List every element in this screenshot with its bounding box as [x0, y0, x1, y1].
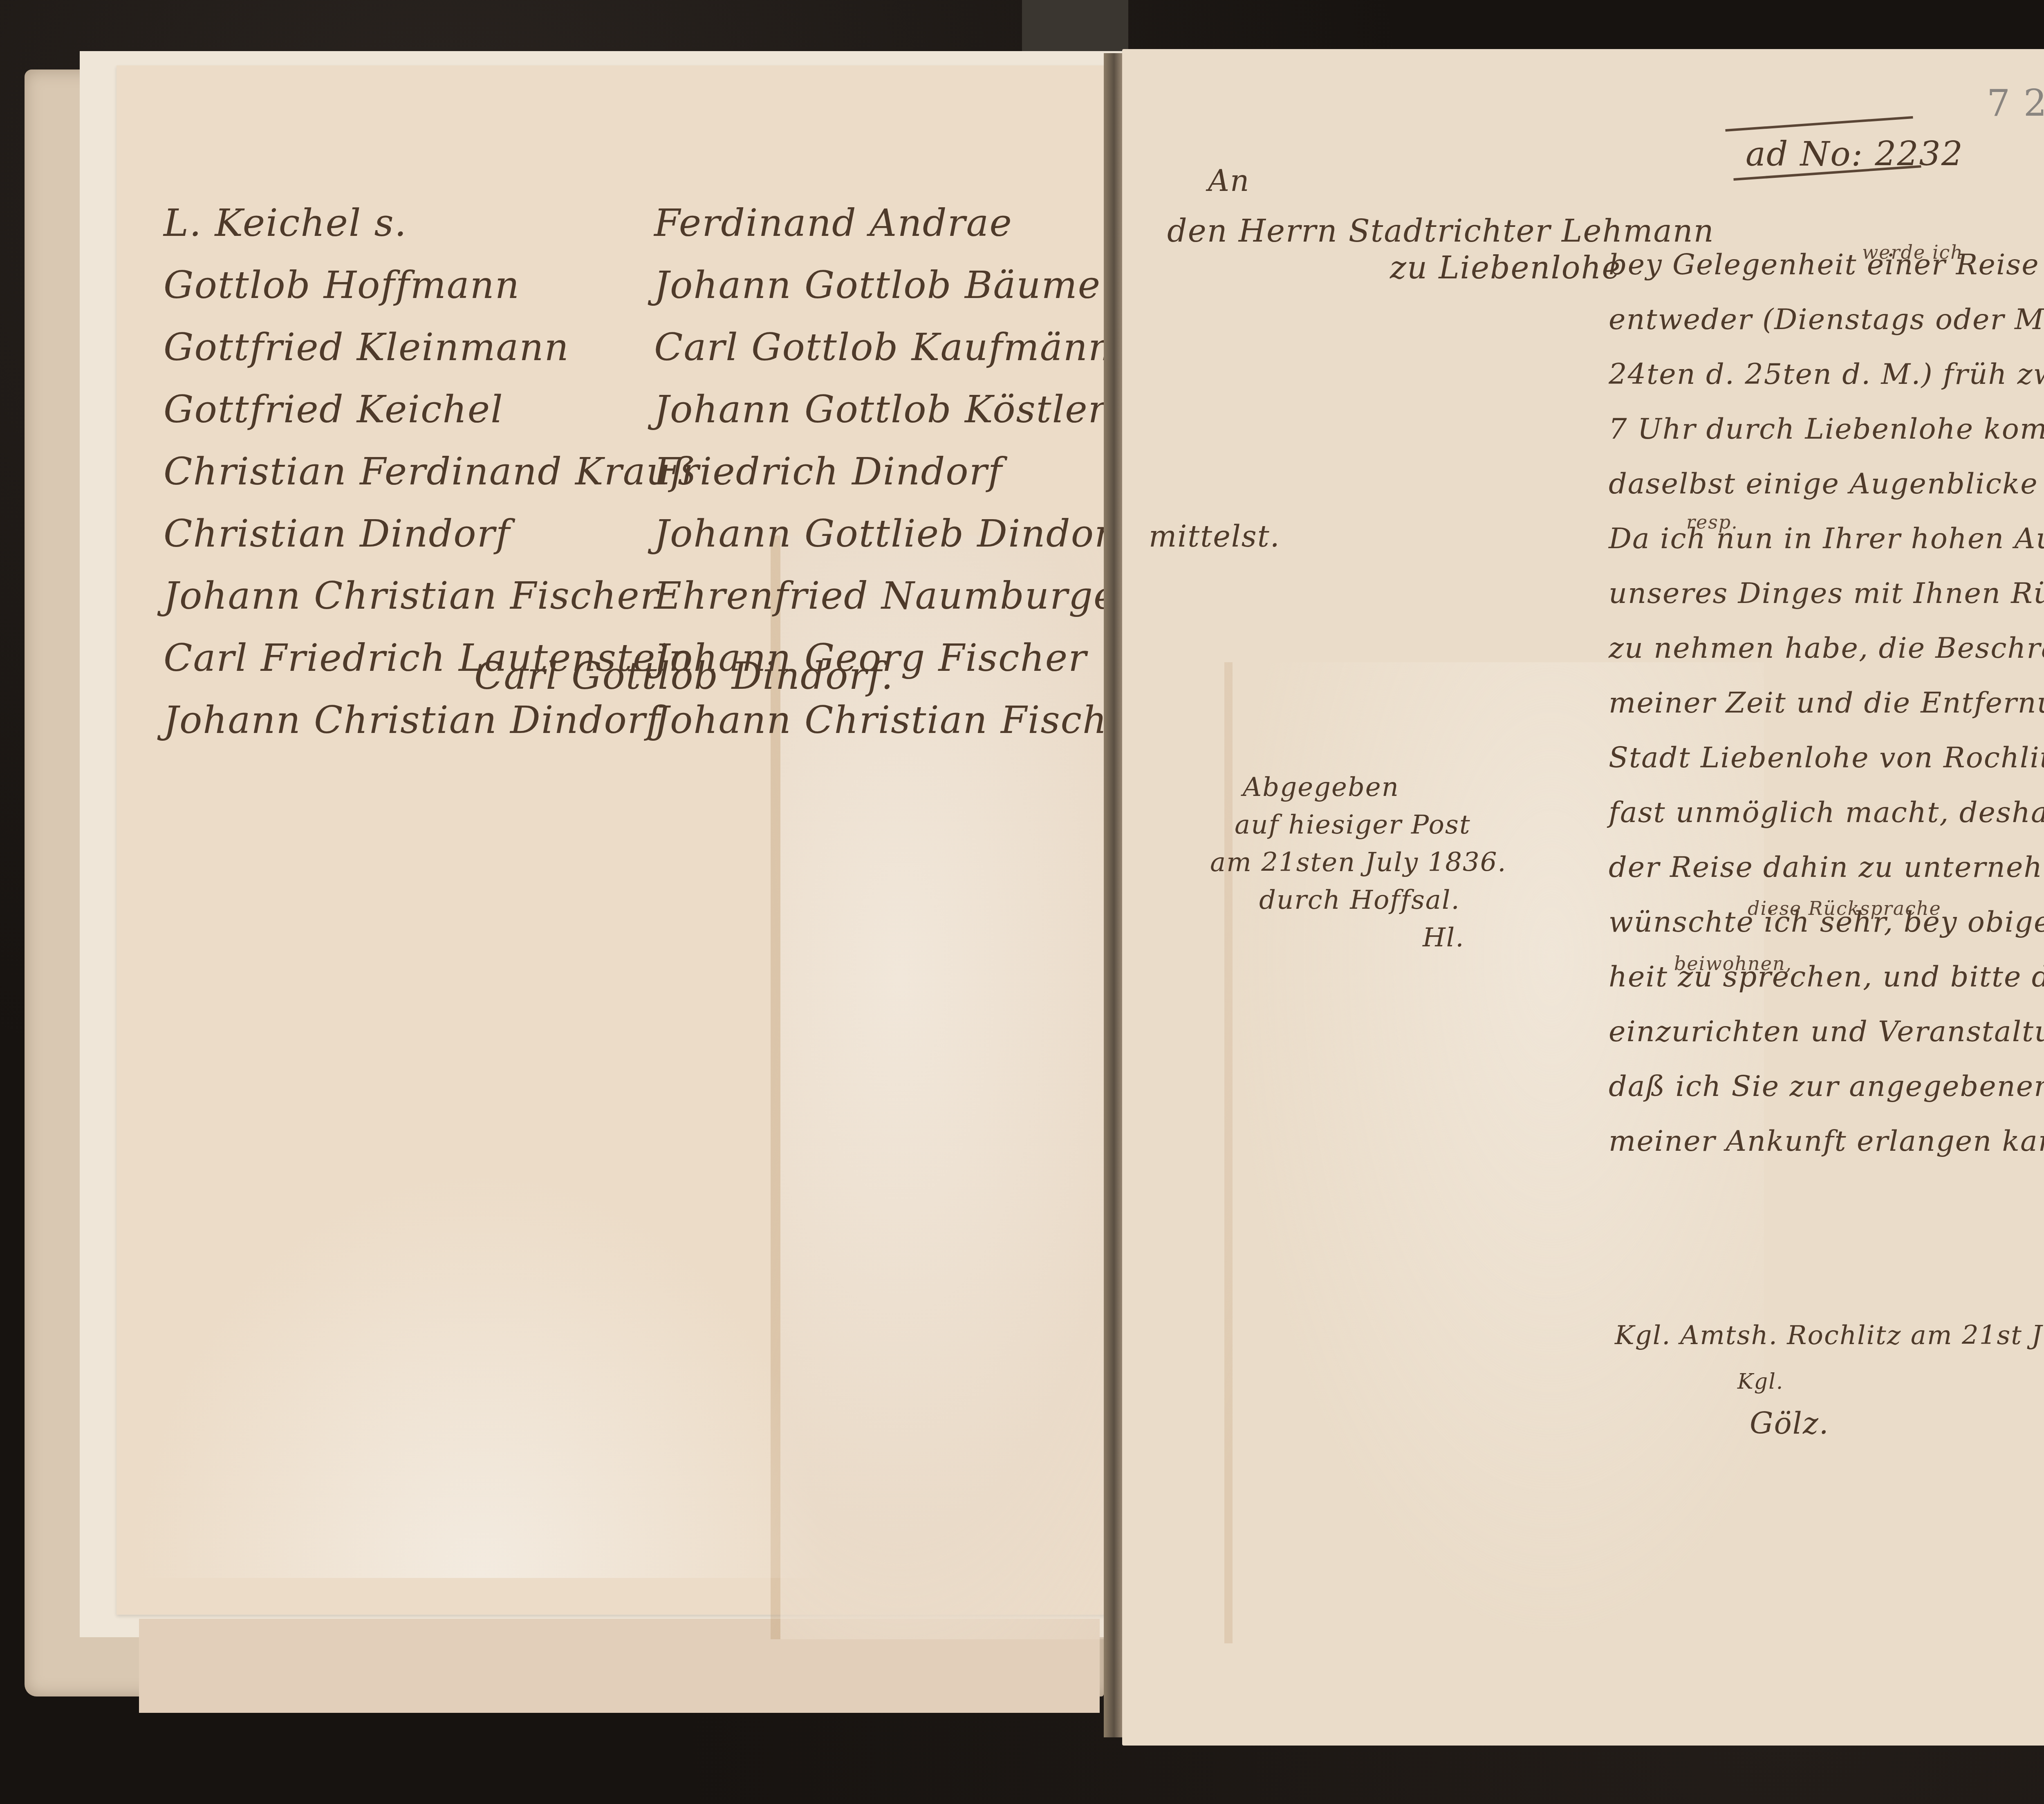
signature-prefix: Kgl. — [1737, 1369, 1784, 1394]
gutter — [1104, 53, 1124, 1737]
name-entry-last: Carl Gottlob Dindorf. — [474, 654, 894, 698]
name-entry: Johann Gottlob Bäume — [654, 254, 1155, 316]
reference-number: ad No: 2232 — [1746, 135, 1963, 174]
insert-above: beiwohnen, — [1674, 936, 1792, 991]
book-spine — [1022, 0, 1128, 57]
name-entry: Ehrenfried Naumburger — [654, 565, 1155, 627]
name-entry: Friedrich Dindorf — [654, 441, 1155, 503]
marginal-note: mittelst. — [1149, 519, 1280, 554]
name-entry: Gottlob Hoffmann — [164, 254, 697, 316]
letter-line: einzurichten und Veranstaltung dahin zu … — [1609, 1004, 2044, 1059]
letter-line: Da ich nun in Ihrer hohen Auftrage wegen — [1609, 511, 2044, 566]
name-entry: Johann Christian Fischer — [164, 565, 697, 627]
address-place: zu Liebenlohe — [1390, 249, 1621, 286]
name-entry: Johann Gottlob Köstler — [654, 379, 1155, 441]
letter-line: fast unmöglich macht, deshalb eine beson… — [1609, 785, 2044, 840]
letter-line: bey Gelegenheit einer Reise (durch Liebe… — [1609, 237, 2044, 292]
letter-body: werde ich bey Gelegenheit einer Reise (d… — [1609, 237, 2044, 1168]
letter-closing-date: Kgl. Amtsh. Rochlitz am 21st July 1836 — [1615, 1320, 2044, 1351]
letter-line: meiner Zeit und die Entfernung der — [1609, 675, 2044, 730]
insert-above: resp. — [1686, 495, 1738, 549]
dispatch-line: durch Hoffsal. — [1210, 881, 1507, 919]
name-entry: Johann Christian Fischer — [654, 689, 1155, 751]
letter-line: daß ich Sie zur angegebenen Zeit sofort … — [1609, 1059, 2044, 1114]
letter-line: 7 Uhr durch Liebenlohe kommen, und mich — [1609, 401, 2044, 456]
letter-line: daselbst einige Augenblicke aufhalten. — [1609, 456, 2044, 511]
water-stain-lower — [133, 1169, 828, 1578]
address-an: An — [1208, 164, 1250, 198]
dispatch-line: Abgegeben — [1210, 769, 1507, 806]
signature: Gölz. — [1750, 1406, 1829, 1441]
name-entry: Gottfried Kleinmann — [164, 316, 697, 379]
name-entry: Johann Gottlieb Dindorf — [654, 503, 1155, 565]
name-entry: Christian Ferdinand Krauß — [164, 441, 697, 503]
name-entry: Christian Dindorf — [164, 503, 697, 565]
dispatch-line: auf hiesiger Post — [1210, 806, 1507, 844]
letter-line: zu nehmen habe, die Beschränktheit — [1609, 621, 2044, 675]
letter-line: Stadt Liebenlohe von Rochlitz es mir abe… — [1609, 730, 2044, 785]
name-entry: Carl Gottlob Kaufmänner — [654, 316, 1155, 379]
dispatch-line: am 21sten July 1836. — [1210, 844, 1507, 881]
insert-above: werde ich — [1862, 225, 1963, 280]
dispatch-initial: Hl. — [1210, 919, 1507, 957]
letter-line: meiner Ankunft erlangen kann. — [1609, 1114, 2044, 1168]
insert-above: diese Rücksprache — [1748, 881, 1941, 936]
name-entry: Gottfried Keichel — [164, 379, 697, 441]
letter-line: 24ten d. 25ten d. M.) früh zwischen 6 un… — [1609, 347, 2044, 401]
folio-number: 7 20. — [1987, 82, 2044, 125]
letter-line: entweder (Dienstags oder Montags) am — [1609, 292, 2044, 347]
name-entry: Johann Christian Dindorf — [164, 689, 697, 751]
name-entry: Ferdinand Andrae — [654, 192, 1155, 254]
dispatch-note: Abgegeben auf hiesiger Post am 21sten Ju… — [1210, 769, 1507, 957]
letter-line: unseres Dinges mit Ihnen Rücksprache — [1609, 566, 2044, 621]
name-entry: L. Keichel s. — [164, 192, 697, 254]
